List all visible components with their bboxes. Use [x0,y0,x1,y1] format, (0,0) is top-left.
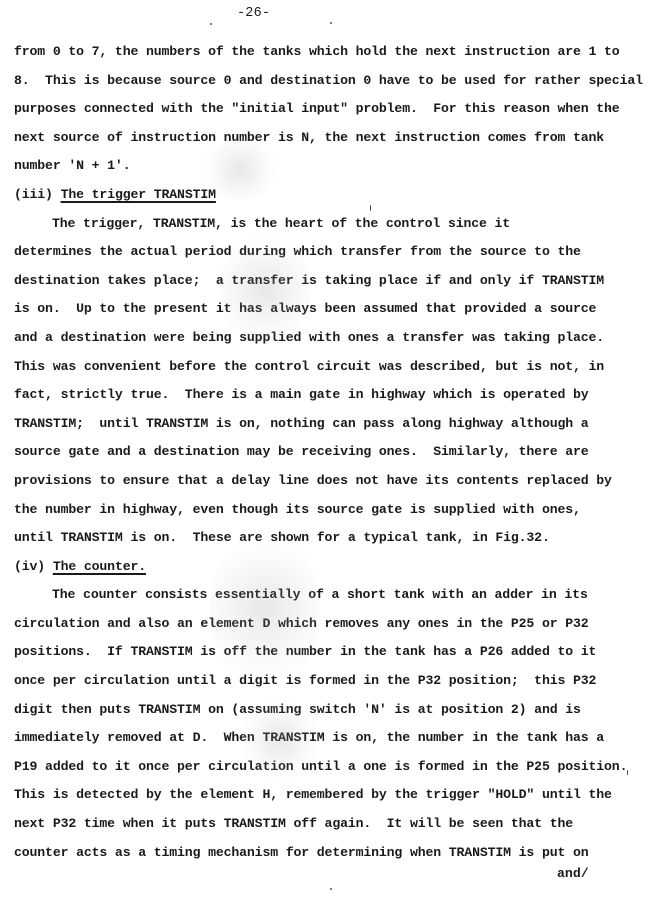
section-heading-iv: (iv) The counter. [14,553,644,582]
scan-speck [627,770,628,775]
text-line: next source of instruction number is N, … [14,124,644,153]
text-line: next P32 time when it puts TRANSTIM off … [14,810,644,839]
text-line: determines the actual period during whic… [14,238,644,267]
text-line: and a destination were being supplied wi… [14,324,644,353]
text-line: digit then puts TRANSTIM on (assuming sw… [14,696,644,725]
text-line: provisions to ensure that a delay line d… [14,467,644,496]
scan-smudge [240,700,320,780]
scan-speck [330,888,332,890]
scan-speck [608,108,610,110]
continuation-mark: and/ [557,866,589,881]
section-number: (iv) [14,559,53,574]
section-title: The trigger TRANSTIM [61,187,216,202]
text-line: once per circulation until a digit is fo… [14,667,644,696]
text-line: number 'N + 1'. [14,152,644,181]
scan-smudge [200,140,280,200]
text-line: P19 added to it once per circulation unt… [14,753,644,782]
text-line: is on. Up to the present it has always b… [14,295,644,324]
text-line: immediately removed at D. When TRANSTIM … [14,724,644,753]
text-line: destination takes place; a transfer is t… [14,267,644,296]
text-line: fact, strictly true. There is a main gat… [14,381,644,410]
text-line: until TRANSTIM is on. These are shown fo… [14,524,644,553]
scan-speck [370,205,371,211]
section-title: The counter. [53,559,146,574]
text-line: positions. If TRANSTIM is off the number… [14,638,644,667]
scan-speck [330,22,332,24]
paragraph-first-line: The trigger, TRANSTIM, is the heart of t… [14,210,644,239]
text-line: counter acts as a timing mechanism for d… [14,839,644,868]
text-line: from 0 to 7, the numbers of the tanks wh… [14,38,644,67]
section-heading-iii: (iii) The trigger TRANSTIM [14,181,644,210]
text-line: This was convenient before the control c… [14,353,644,382]
text-line: circulation and also an element D which … [14,610,644,639]
body-text: from 0 to 7, the numbers of the tanks wh… [14,38,644,867]
scan-smudge [220,230,310,350]
paragraph-first-line: The counter consists essentially of a sh… [14,581,644,610]
text-line: source gate and a destination may be rec… [14,438,644,467]
text-line: 8. This is because source 0 and destinat… [14,67,644,96]
text-line: the number in highway, even though its s… [14,496,644,525]
page-number: -26- [237,6,270,21]
section-number: (iii) [14,187,61,202]
scan-speck [210,23,212,25]
scan-smudge [210,530,320,690]
text-line: TRANSTIM; until TRANSTIM is on, nothing … [14,410,644,439]
text-line: purposes connected with the "initial inp… [14,95,644,124]
text-line: This is detected by the element H, remem… [14,781,644,810]
